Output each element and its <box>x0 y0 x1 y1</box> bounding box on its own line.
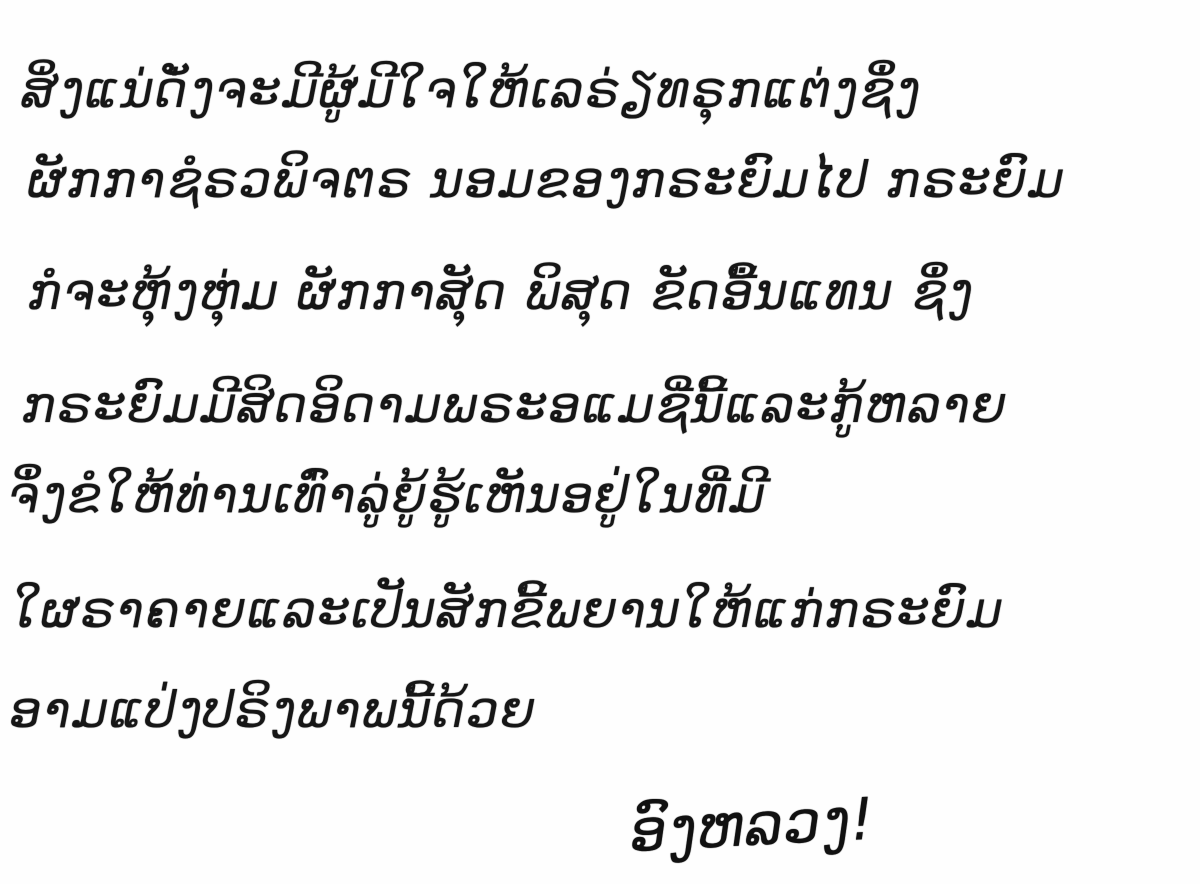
letter-line-7: ອາມແປ່ງປຣິງພາພນີ້ດ້ວຍ <box>10 680 537 740</box>
letter-line-6: ໃຜຣາຄາຍແລະເປັນສັກຂີ້ພຍານໃຫ້ແກ່ກຣະຍົມ <box>12 580 1004 640</box>
handwritten-letter-page: ສິ່ງແນ່ດັ່ງຈະມີຜູ້ມີໃຈໃຫ້ເລຣ່ຽທຣຸກແຕ່ງຊຶ… <box>0 0 1200 884</box>
letter-line-1: ສິ່ງແນ່ດັ່ງຈະມີຜູ້ມີໃຈໃຫ້ເລຣ່ຽທຣຸກແຕ່ງຊຶ… <box>22 60 922 120</box>
letter-line-3: ກໍຈະຫຸ້ງຫຸ່ມ ຜັກກາສັຸດ ພິສຸດ ຂັດອື້ນແທນ … <box>28 262 974 322</box>
letter-line-2: ຜັກກາຊໍຣວພິຈຕຣ ນອມຂອງກຣະຍົມໄປ ກຣະຍົມ <box>28 150 1065 210</box>
signature: ອົງຫລວງ! <box>628 784 876 867</box>
letter-line-4: ກຣະຍົມມີສິດອິດາມພຣະອແມຊີ່ນີ້ແລະກູ້ຫລາຍ <box>22 375 1008 435</box>
letter-line-5: ຈຶ່ງຂໍໃຫ້ທ່ານເທົ່າລູ່ຍູ້ຮູ້ເຫັນອຢູ່ໃນທີ່… <box>8 465 767 525</box>
